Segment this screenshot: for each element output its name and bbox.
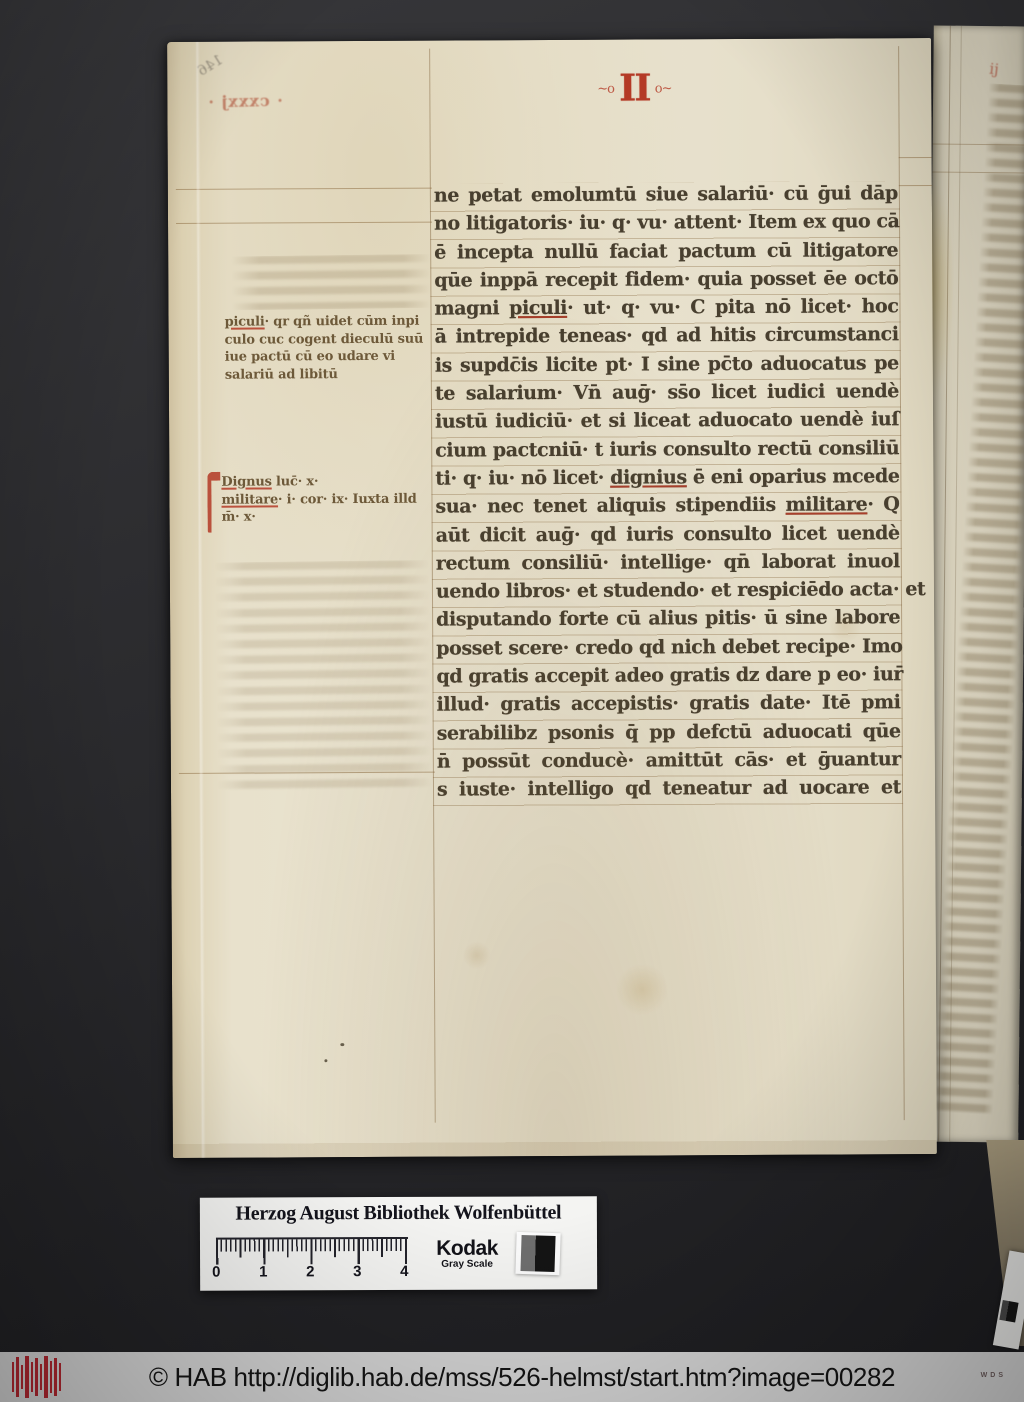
ruler-number: 3 [353,1263,361,1280]
text-line: ē incepta nullū faciat pactum cū litigat… [434,236,898,267]
gray-scale-patch [515,1232,560,1275]
red-paragraph-bracket [207,472,220,533]
main-text-column: ne petat emolumtū siue salariū· cū ḡui d… [434,179,901,804]
text-line: iustū iudiciū· et si liceat aduocato uen… [435,406,899,437]
text-line: ā intrepide teneas· qd ad hitis circumst… [435,321,899,352]
gloss-line: culo cuc cogent dieculū suū [225,330,433,349]
digitizer-watermark: WDS [981,1372,1006,1379]
manuscript-scan-photo: ij 146 · cxxxj · ~o II o~ ne petat emolu… [0,0,1024,1402]
manuscript-page: 146 · cxxxj · ~o II o~ ne petat emolumtū… [167,38,937,1158]
text-line: rectum consiliū· intellige· qn̄ laborat … [436,547,900,578]
kodak-brand-text: Kodak [424,1237,510,1261]
ruler-number: 2 [306,1263,314,1280]
text-line: serabilibz psonis q̄ pp defctū aduocati … [437,717,901,748]
library-name: Herzog August Bibliothek Wolfenbüttel [200,1201,597,1225]
flourish-left: ~o [597,82,614,97]
ink-speck [340,1043,344,1046]
text-line: posset scere· credo qd nich debet recipe… [436,632,900,663]
marginal-gloss-2: Dignus luc̄· x· militare· i· cor· ix· Iu… [221,473,433,527]
ruler-number: 4 [400,1263,408,1280]
text-line: qūe inppā recepit fidem· quia posset ēe … [434,264,898,295]
text-line: disputando forte cū alius pitis· ū sine … [436,604,900,635]
text-line: sua· nec tenet aliquis stipendiis milita… [435,490,899,521]
gray-scale-patch-inner [520,1235,555,1272]
next-leaf-red-mark: ij [988,60,999,79]
ruling-line [176,222,432,224]
gloss-line: Dignus luc̄· x· [221,473,433,492]
text-line: n̄ possūt conducè· amittūt cās· et ḡuant… [437,745,901,776]
parchment-stain [930,186,954,396]
reference-color-card: Herzog August Bibliothek Wolfenbüttel 0 … [200,1196,597,1290]
text-line: illud· gratis accepistis· gratis date· I… [436,689,900,720]
red-folio-number: · cxxxj · [207,91,283,112]
gloss-line: militare· i· cor· ix· Iuxta illd [221,490,433,509]
text-line: cium pactcniū· t iuris consulto rectū co… [435,434,899,465]
marginal-gloss-1: piculi· qr qñ uidet cūm inpi culo cuc co… [225,313,433,384]
ruler-cm-ticks [216,1239,408,1265]
pencil-foliation: 146 [195,52,226,80]
card-sliver [993,1250,1024,1349]
gloss-line: piculi· qr qñ uidet cūm inpi [225,313,433,332]
next-leaf-edge: ij [922,26,1024,1143]
footer-strip: © HAB http://diglib.hab.de/mss/526-helms… [0,1352,1024,1402]
show-through-text [214,560,433,793]
text-line: is supdc̄is licite pt· I sine pc̄to aduo… [435,349,899,380]
ruling-line [899,185,932,186]
ruler-number: 0 [212,1264,220,1281]
card-sliver-patch [999,1300,1018,1322]
kodak-label: Kodak Gray Scale [424,1237,510,1270]
copyright-url: © HAB http://diglib.hab.de/mss/526-helms… [110,1362,934,1393]
text-line: s iuste· intelligo qd teneatur ad uocare… [437,773,901,804]
text-line: no litigatoris· iu· q· vu· attent· Item … [434,207,898,238]
ruling-line [176,188,432,190]
ink-speck [324,1059,327,1062]
roman-numeral-heading: II [619,65,650,109]
color-registration-mark [12,1356,61,1398]
text-line: magni piculi· ut· q· vu· C pita nō licet… [434,292,898,323]
text-line: ne petat emolumtū siue salariū· cū ḡui d… [434,179,898,210]
text-line: ti· q· iu· nō licet· dignius ē eni opari… [435,462,899,493]
text-line: uendo libros· et studendo· et respiciēdo… [436,575,900,606]
gloss-line: salariū ad libitū [225,365,433,384]
show-through-text [231,254,432,310]
ruler-numbers: 0 1 2 3 4 [216,1263,408,1280]
text-line: aūt dicit auḡ· qd iuris consulto licet u… [436,519,900,550]
gloss-line: iue pactū cū eo udare vi [225,348,433,367]
ruler-number: 1 [259,1263,267,1280]
text-line: qd gratis accepit adeo gratis dz dare p … [436,660,900,691]
ruling-line [899,157,932,158]
flourish-right: o~ [655,81,672,96]
gloss-line: m̄· x· [222,508,434,527]
rubric-heading: ~o II o~ [559,65,709,110]
text-line: te salarium· Vn̄ auḡ· ss̄o licet iudici … [435,377,899,408]
